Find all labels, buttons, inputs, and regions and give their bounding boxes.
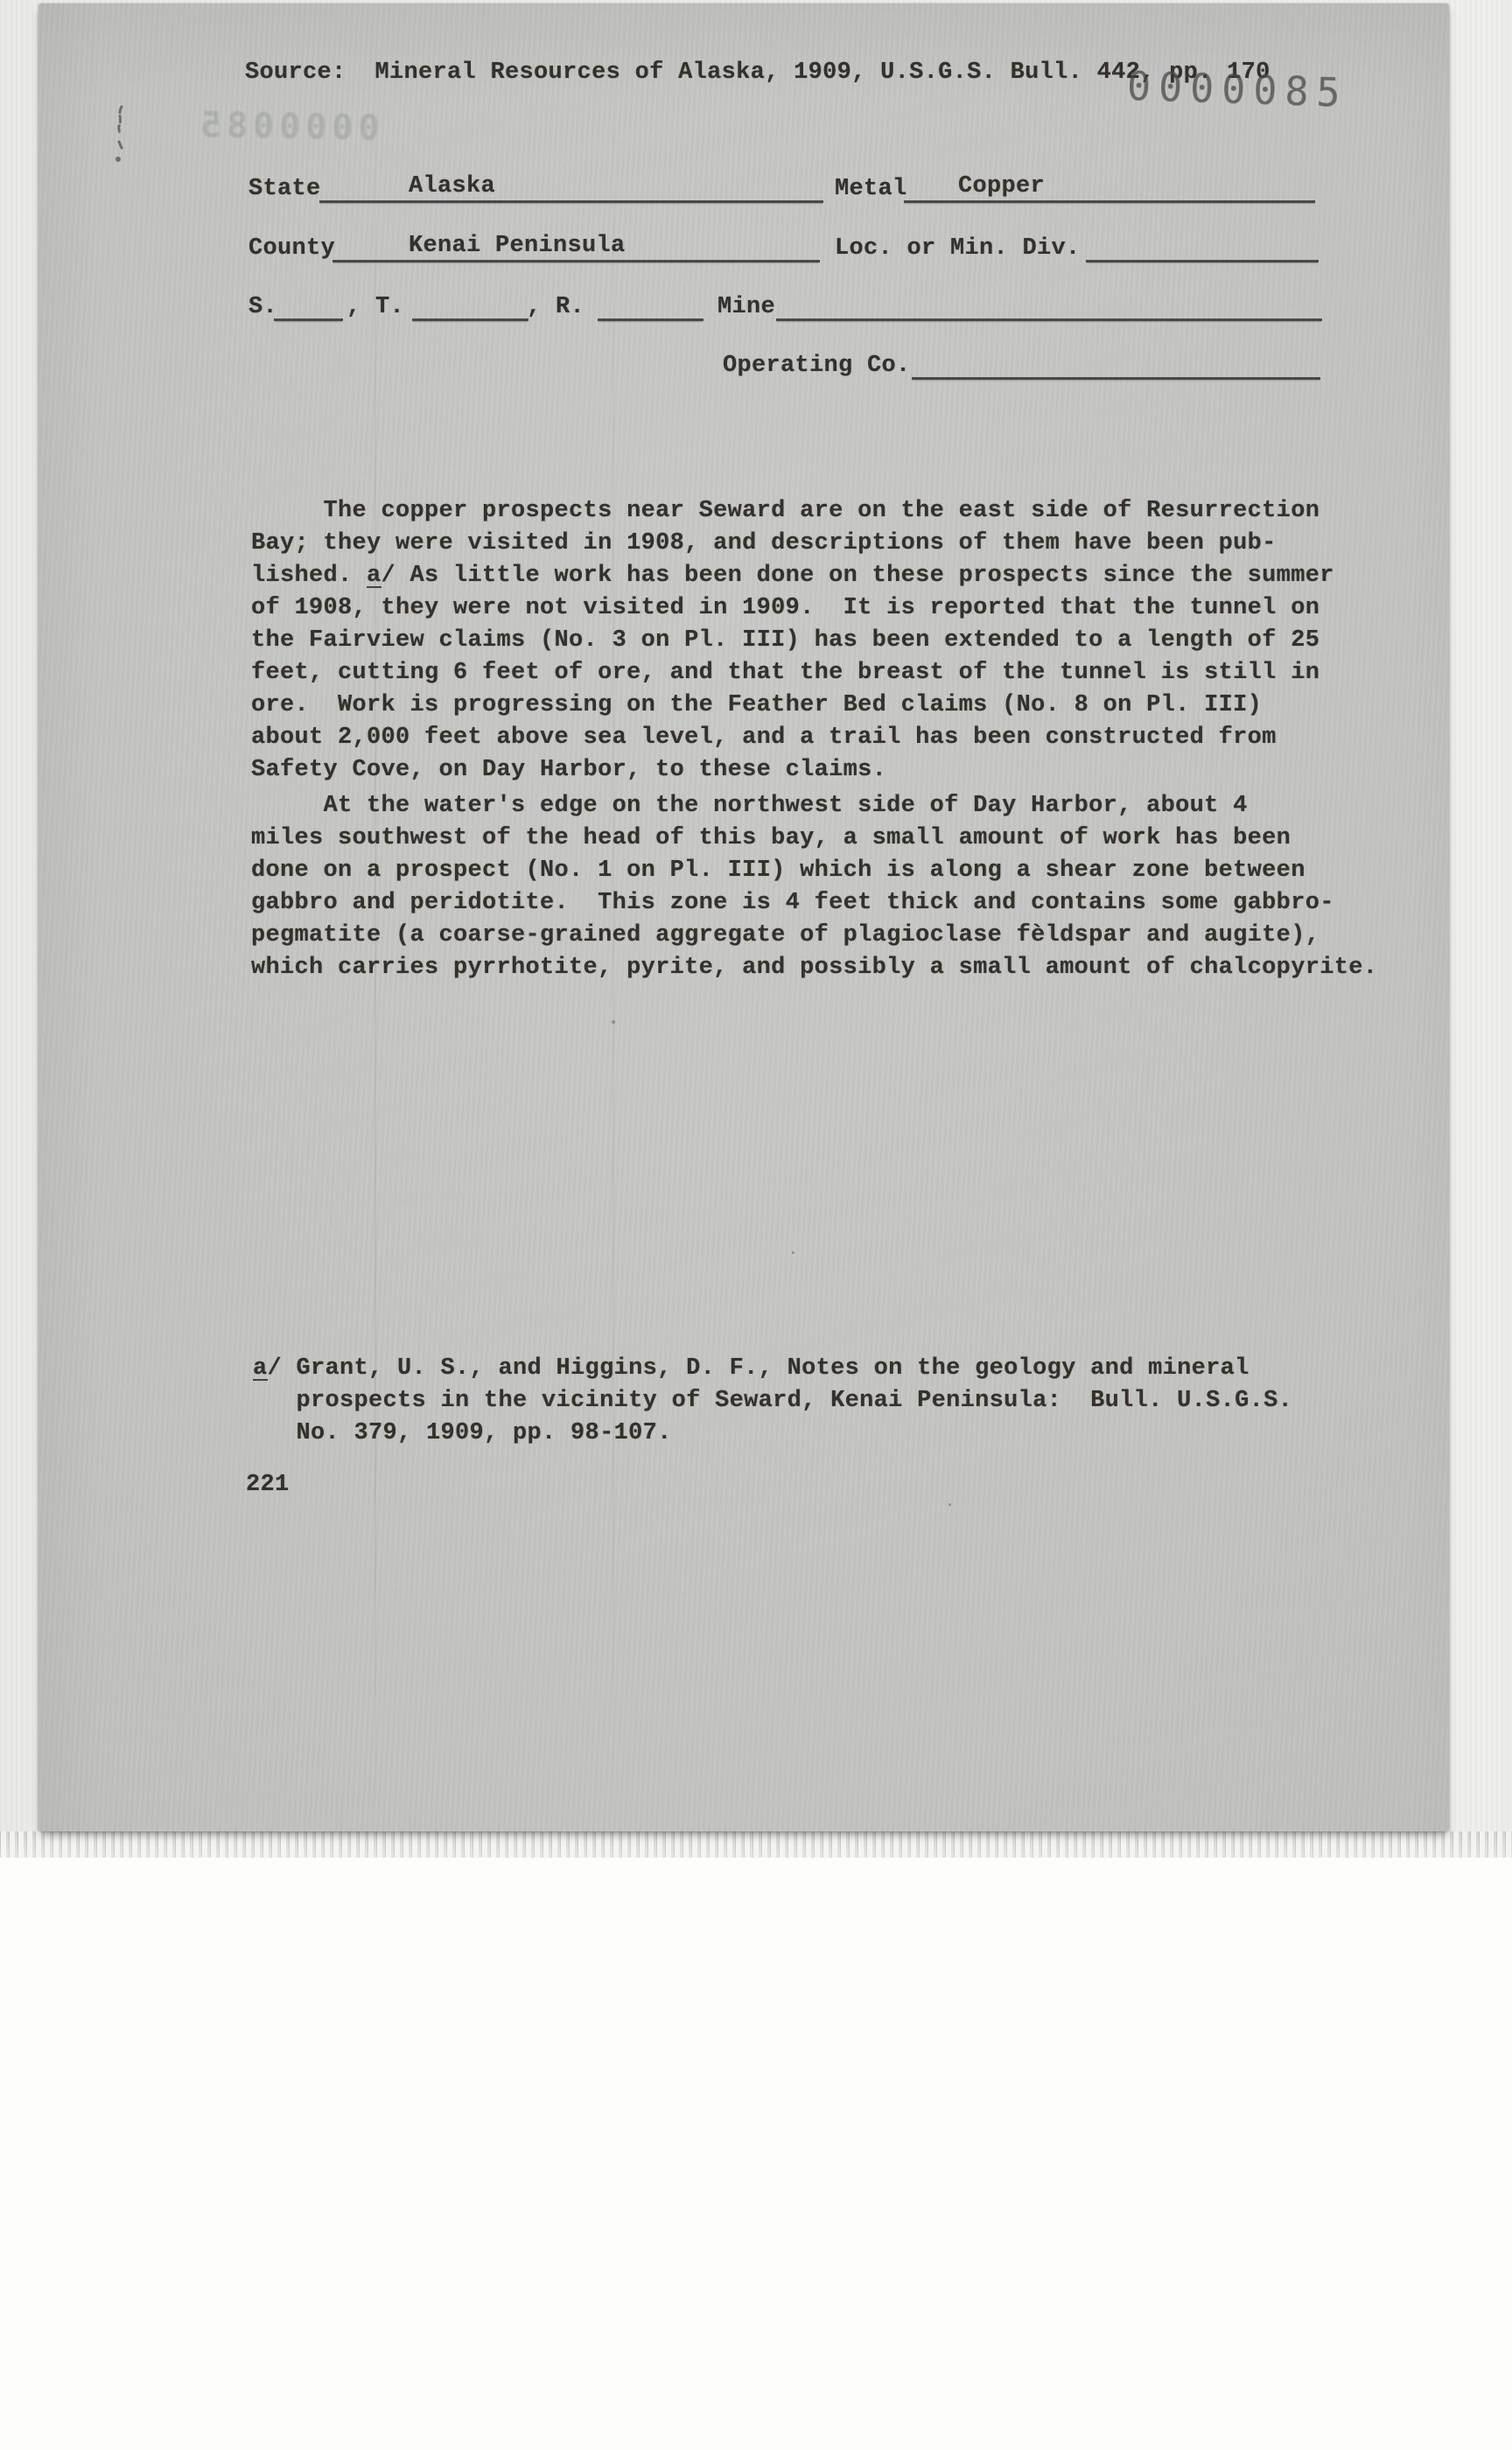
range-label: , R. bbox=[527, 291, 584, 324]
ink-mark bbox=[110, 101, 129, 171]
operating-co-label: Operating Co. bbox=[723, 350, 911, 382]
document-card: 0000085 Source: Mineral Resources of Ala… bbox=[38, 3, 1449, 1831]
state-label: State bbox=[248, 173, 321, 206]
footnote-ref-underline bbox=[367, 586, 381, 588]
body-paragraph-2: At the water's edge on the northwest sid… bbox=[251, 790, 1377, 984]
loc-div-label: Loc. or Min. Div. bbox=[835, 233, 1081, 265]
mine-underline bbox=[776, 291, 1322, 321]
metal-label: Metal bbox=[835, 173, 907, 206]
county-label: County bbox=[248, 233, 335, 265]
state-value: Alaska bbox=[409, 171, 495, 203]
body-paragraph-1: The copper prospects near Seward are on … bbox=[251, 495, 1334, 787]
metal-value: Copper bbox=[958, 171, 1045, 203]
paper-speck bbox=[792, 1251, 794, 1254]
footnote-marker-underline bbox=[253, 1379, 268, 1381]
township-underline bbox=[412, 291, 528, 321]
scan-white-margin bbox=[0, 1858, 1512, 2450]
scan-background: { "page": { "source_line": "Source: Mine… bbox=[0, 0, 1512, 2450]
ghost-stamp: 0000085 bbox=[195, 105, 380, 149]
range-underline bbox=[598, 291, 703, 321]
paper-speck bbox=[948, 1503, 951, 1506]
page-number: 221 bbox=[246, 1469, 290, 1501]
section-underline bbox=[274, 291, 343, 321]
operating-co-underline bbox=[912, 350, 1320, 380]
received-stamp: 0000085 bbox=[1126, 63, 1348, 116]
scan-edge-band bbox=[0, 1831, 1512, 1858]
mine-label: Mine bbox=[717, 291, 775, 324]
township-label: , T. bbox=[346, 291, 404, 324]
footnote: a/ Grant, U. S., and Higgins, D. F., Not… bbox=[253, 1353, 1292, 1450]
source-line: Source: Mineral Resources of Alaska, 190… bbox=[245, 57, 1270, 89]
county-value: Kenai Peninsula bbox=[409, 230, 626, 262]
paper-speck bbox=[612, 1020, 615, 1024]
loc-div-underline bbox=[1086, 233, 1319, 262]
state-underline bbox=[319, 173, 823, 203]
